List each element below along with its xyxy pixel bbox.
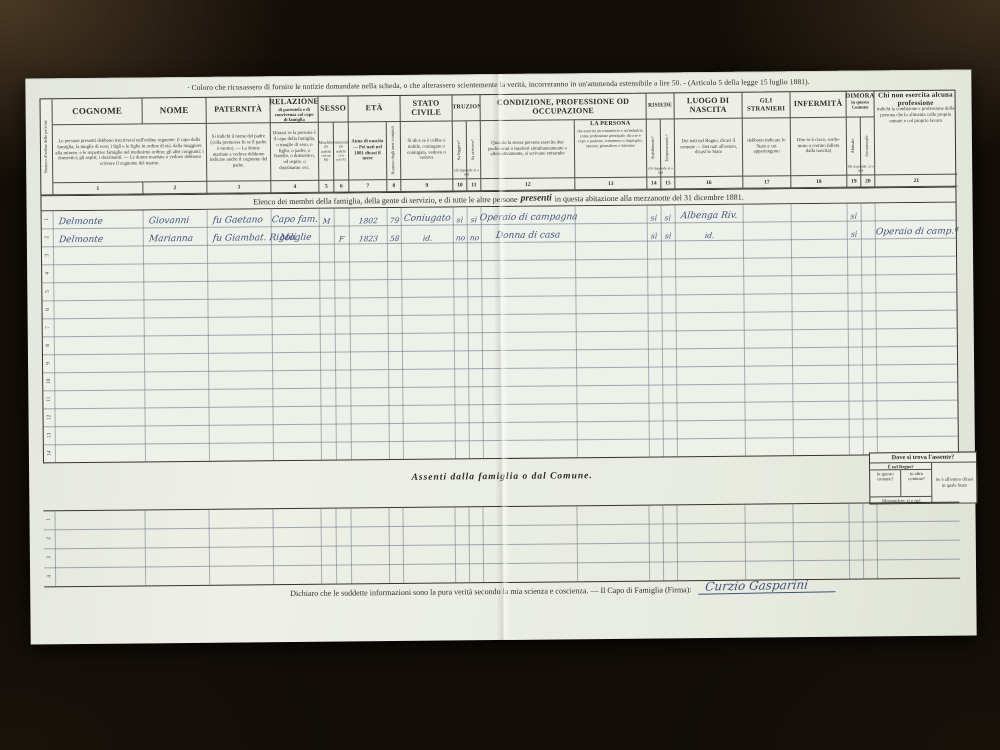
table-cell: 79	[388, 207, 402, 225]
table-cell	[849, 401, 863, 419]
row-number: 4	[44, 567, 56, 586]
main-table: Numero d'ordine delle persone COGNOME NO…	[39, 90, 958, 464]
table-cell	[274, 546, 322, 565]
handwritten-entry: id.	[422, 234, 432, 242]
handwritten-entry: Operaio di campagna	[479, 213, 578, 223]
handwritten-entry: 58	[389, 234, 399, 242]
table-cell	[863, 382, 877, 400]
column-number: 7	[349, 180, 387, 192]
table-cell	[862, 292, 876, 310]
table-cell	[273, 352, 321, 370]
column-number: 20	[861, 175, 875, 187]
table-cell	[455, 350, 469, 368]
table-cell	[55, 389, 145, 408]
table-cell	[677, 366, 745, 385]
table-cell	[648, 276, 662, 294]
table-cell	[650, 561, 664, 580]
table-cell	[878, 418, 960, 437]
table-cell	[849, 329, 863, 347]
row-number: 3	[42, 246, 54, 264]
table-cell	[664, 542, 678, 561]
table-cell	[321, 316, 336, 334]
table-cell	[792, 239, 848, 258]
table-cell	[468, 296, 482, 314]
table-cell	[663, 402, 677, 420]
table-cell	[468, 278, 482, 296]
table-cell	[209, 406, 273, 425]
table-cell	[209, 370, 273, 389]
table-cell: sì	[848, 221, 862, 239]
table-cell	[850, 560, 864, 579]
table-cell	[335, 243, 350, 261]
table-cell	[322, 565, 337, 584]
table-cell	[209, 334, 273, 353]
table-cell	[274, 424, 322, 442]
table-cell	[404, 422, 456, 440]
handwritten-entry: sì	[665, 214, 672, 222]
table-cell	[54, 263, 144, 282]
table-cell	[877, 328, 959, 347]
table-cell	[470, 544, 484, 563]
table-cell	[55, 509, 145, 529]
handwritten-entry: 79	[389, 216, 399, 224]
table-cell	[389, 333, 403, 351]
table-cell	[577, 403, 649, 422]
table-cell	[664, 438, 678, 456]
table-cell	[54, 299, 144, 318]
table-cell	[576, 205, 648, 224]
table-cell	[676, 258, 744, 277]
table-cell	[649, 384, 663, 402]
table-cell	[677, 504, 745, 524]
handwritten-entry: no	[469, 234, 479, 242]
table-cell	[663, 330, 677, 348]
table-cell	[864, 540, 878, 559]
table-cell	[402, 242, 454, 260]
table-cell	[335, 261, 350, 279]
handwritten-entry: no	[455, 234, 465, 242]
table-cell	[336, 387, 351, 405]
table-cell	[351, 351, 389, 369]
table-cell	[454, 296, 468, 314]
table-cell	[389, 351, 403, 369]
table-cell	[56, 547, 146, 567]
row-number: 9	[43, 354, 55, 372]
table-cell	[648, 258, 662, 276]
table-cell	[662, 258, 676, 276]
assenti-section-title: Assenti dalla famiglia o dal Comune.	[29, 467, 975, 486]
estero-label: Se è all'estero dicasi in quale Stato	[933, 462, 977, 502]
table-cell	[321, 334, 336, 352]
table-cell	[209, 316, 273, 335]
table-cell	[469, 350, 483, 368]
table-cell	[403, 506, 455, 525]
table-cell	[145, 335, 209, 354]
table-cell	[862, 220, 876, 238]
condizione-note: Quando la stessa persona esercita due pr…	[481, 120, 576, 179]
handwritten-entry: sì	[471, 216, 478, 224]
table-cell	[403, 314, 455, 332]
handwritten-entry: Operaio di camp.ª	[875, 228, 959, 238]
table-cell	[274, 527, 322, 546]
table-cell	[272, 262, 320, 280]
table-cell	[272, 280, 320, 298]
table-cell	[664, 420, 678, 438]
table-cell	[403, 350, 455, 368]
table-cell	[403, 404, 455, 422]
handwritten-entry: 1802	[358, 217, 378, 225]
table-cell	[273, 406, 321, 424]
column-number: 5	[319, 181, 334, 193]
table-cell	[877, 310, 959, 329]
table-cell	[456, 544, 470, 563]
table-cell	[145, 407, 209, 426]
handwritten-entry: Donna di casa	[496, 231, 561, 241]
table-cell	[337, 423, 352, 441]
table-cell	[792, 257, 848, 276]
table-cell	[336, 369, 351, 387]
table-cell	[577, 385, 649, 404]
table-cell	[483, 385, 577, 404]
table-cell	[793, 401, 849, 420]
row-number: 13	[44, 426, 56, 444]
questo-comune-label: in questo comune?	[870, 470, 901, 496]
infermita-note: Dire se è cieco, sordo-muto o cretino (i…	[791, 118, 848, 177]
table-cell	[144, 281, 208, 300]
table-cell: sì	[662, 222, 676, 240]
table-cell	[455, 368, 469, 386]
table-cell	[793, 383, 849, 402]
table-cell: sì	[648, 222, 662, 240]
table-cell	[351, 387, 389, 405]
table-cell	[663, 366, 677, 384]
table-cell	[351, 333, 389, 351]
table-cell	[650, 420, 664, 438]
col-risiede-title: RISIEDE	[646, 93, 674, 119]
table-cell	[210, 527, 274, 547]
table-cell	[793, 311, 849, 330]
table-cell	[576, 241, 648, 260]
la-persona-note: LA PERSONAche esercita un commercio o un…	[575, 120, 648, 179]
table-cell	[322, 442, 337, 460]
table-cell: fu Giambat. Rigoli	[208, 226, 272, 245]
table-cell	[862, 202, 876, 220]
table-cell: sì	[848, 203, 862, 221]
handwritten-entry: Delmonte	[58, 236, 103, 245]
table-cell	[678, 420, 746, 439]
table-cell	[877, 502, 959, 522]
table-cell	[455, 386, 469, 404]
col-chi-non-esercita: Chi non esercita alcuna professioneindic…	[874, 91, 957, 176]
table-cell	[208, 280, 272, 299]
table-cell	[650, 438, 664, 456]
table-cell	[54, 245, 144, 264]
table-cell	[454, 242, 468, 260]
table-cell	[352, 423, 390, 441]
table-cell	[388, 279, 402, 297]
table-cell	[469, 332, 483, 350]
table-cell	[676, 276, 744, 295]
table-cell	[848, 293, 862, 311]
table-cell	[649, 312, 663, 330]
table-cell	[352, 545, 390, 564]
photo-background: · Coloro che ricusassero di fornire le n…	[0, 0, 1000, 750]
row-number: 14	[44, 444, 56, 462]
table-cell	[454, 260, 468, 278]
table-cell: Albenga Riv.	[676, 204, 744, 223]
table-cell	[322, 527, 337, 546]
table-cell	[482, 295, 576, 314]
row-order-column: Numero d'ordine delle persone	[41, 99, 54, 195]
column-number: 6	[334, 180, 349, 192]
table-cell	[469, 404, 483, 422]
table-cell	[321, 406, 336, 424]
dimora-subcolumns: Abituale Occasionale (Si risponde: sì o …	[847, 117, 876, 175]
table-cell: Coniugato	[402, 206, 454, 224]
table-cell	[484, 439, 578, 458]
table-cell	[456, 525, 470, 544]
table-cell: id.	[402, 224, 454, 242]
table-cell	[350, 279, 388, 297]
table-cell	[877, 364, 959, 383]
table-cell	[455, 314, 469, 332]
table-cell: 58	[388, 225, 402, 243]
risiede-subcolumns: Stabilmente? Temporaneam.? (Si risponde …	[647, 119, 676, 177]
table-cell	[863, 346, 877, 364]
table-cell	[578, 439, 650, 458]
handwritten-entry: F	[339, 235, 345, 243]
table-cell	[676, 240, 744, 259]
relazione-note: Dirassi se la persona è il capo della fa…	[271, 123, 320, 181]
table-cell	[320, 262, 335, 280]
table-cell	[146, 443, 210, 462]
column-number: 19	[847, 176, 861, 188]
row-number: 6	[42, 300, 54, 318]
table-cell	[878, 559, 960, 579]
handwritten-entry: Capo fam.	[271, 216, 318, 225]
column-number: 16	[675, 177, 743, 190]
table-cell	[469, 506, 483, 525]
table-cell	[576, 295, 648, 314]
table-cell	[663, 384, 677, 402]
table-cell	[273, 508, 321, 527]
table-cell	[146, 547, 210, 567]
col-stato-civile-title: STATO CIVILE	[400, 95, 452, 121]
table-cell	[469, 386, 483, 404]
table-cell	[56, 425, 146, 444]
table-cell	[649, 366, 663, 384]
table-cell	[55, 335, 145, 354]
table-cell	[744, 293, 792, 311]
table-cell	[403, 368, 455, 386]
table-cell	[794, 541, 850, 561]
table-cell	[663, 504, 677, 523]
table-cell	[793, 347, 849, 366]
table-cell	[335, 279, 350, 297]
table-cell	[878, 540, 960, 560]
table-cell	[648, 294, 662, 312]
table-cell	[388, 243, 402, 261]
handwritten-entry: sì	[851, 230, 858, 238]
col-luogo-nascita-title: LUOGO DI NASCITA	[674, 93, 742, 120]
table-cell	[745, 311, 793, 329]
column-number: 1	[53, 182, 143, 195]
table-cell	[482, 259, 576, 278]
table-cell	[146, 566, 210, 586]
eta-anno-note: Anno di nascita — Pei nati nel 1881 dica…	[349, 122, 388, 180]
table-cell	[272, 244, 320, 262]
table-cell	[876, 202, 958, 221]
table-cell	[389, 405, 403, 423]
table-cell	[320, 280, 335, 298]
table-cell	[336, 507, 351, 526]
table-cell	[470, 525, 484, 544]
table-cell	[848, 239, 862, 257]
handwritten-entry: Marianna	[148, 235, 193, 244]
table-cell	[863, 400, 877, 418]
table-cell	[210, 442, 274, 461]
table-cell	[744, 239, 792, 257]
table-cell	[390, 564, 404, 583]
table-cell	[746, 522, 794, 541]
table-cell	[320, 226, 335, 244]
table-cell	[335, 297, 350, 315]
table-cell	[663, 312, 677, 330]
table-cell	[456, 422, 470, 440]
table-cell	[792, 203, 848, 222]
table-cell	[402, 260, 454, 278]
table-cell	[577, 505, 649, 525]
table-cell	[352, 526, 390, 545]
table-cell	[350, 261, 388, 279]
table-cell: Delmonte	[54, 227, 144, 246]
table-cell	[578, 524, 650, 544]
table-cell	[55, 371, 145, 390]
table-cell	[794, 522, 850, 542]
table-cell: F	[335, 225, 350, 243]
col-eta-title: ETÀ	[348, 96, 400, 122]
row-number: 1	[42, 210, 54, 228]
table-cell	[578, 543, 650, 563]
col-dimora-title: DIMORAin questo Comune	[846, 91, 874, 117]
table-cell	[678, 542, 746, 562]
table-cell	[864, 521, 878, 540]
table-cell	[273, 334, 321, 352]
table-cell	[390, 526, 404, 545]
handwritten-entry: id.	[704, 231, 714, 239]
table-cell	[337, 441, 352, 459]
row-number: 2	[42, 228, 54, 246]
col-nome-title: NOME	[143, 98, 207, 125]
table-cell	[849, 347, 863, 365]
table-cell	[321, 508, 336, 527]
table-cell	[54, 281, 144, 300]
table-cell	[878, 521, 960, 541]
table-cell: no	[454, 224, 468, 242]
table-cell	[876, 238, 958, 257]
table-cell	[678, 523, 746, 543]
table-cell	[388, 261, 402, 279]
table-cell	[850, 522, 864, 541]
table-cell	[470, 563, 484, 582]
table-cell	[337, 545, 352, 564]
table-cell	[792, 221, 848, 240]
col-condizione-title: CONDIZIONE, PROFESSIONE OD OCCUPAZIONE	[480, 94, 646, 122]
table-cell	[404, 525, 456, 544]
table-cell	[649, 330, 663, 348]
istruzione-subcolumns: Sa leggere? Sa scrivere? (Si risponde sì…	[453, 121, 482, 179]
table-cell	[677, 312, 745, 331]
table-cell	[402, 278, 454, 296]
table-cell	[576, 223, 648, 242]
table-cell	[792, 275, 848, 294]
handwritten-entry: sì	[457, 216, 464, 224]
table-cell	[403, 386, 455, 404]
table-cell	[484, 524, 578, 544]
handwritten-entry: sì	[851, 212, 858, 220]
table-cell	[56, 443, 146, 462]
table-cell	[404, 440, 456, 458]
table-cell: sì	[454, 206, 468, 224]
table-cell	[863, 328, 877, 346]
table-cell	[576, 277, 648, 296]
table-cell	[664, 523, 678, 542]
table-cell	[849, 383, 863, 401]
column-number: 3	[207, 181, 271, 194]
table-cell	[664, 561, 678, 580]
table-cell: fu Gaetano	[208, 208, 272, 227]
table-cell	[389, 369, 403, 387]
table-cell	[677, 330, 745, 349]
row-number: 12	[43, 408, 55, 426]
stato-civile-note: Si dica se è celibe o nubile, coniugato …	[401, 121, 454, 179]
table-cell	[483, 403, 577, 422]
table-cell	[745, 329, 793, 347]
table-cell	[455, 506, 469, 525]
table-cell	[56, 566, 146, 586]
table-cell	[745, 365, 793, 383]
table-cell	[849, 503, 863, 522]
table-cell	[208, 262, 272, 281]
table-cell	[746, 419, 794, 437]
table-cell	[210, 565, 274, 585]
table-cell	[337, 564, 352, 583]
table-cell	[390, 545, 404, 564]
table-cell	[468, 242, 482, 260]
table-cell	[793, 329, 849, 348]
table-cell	[848, 257, 862, 275]
row-number: 3	[44, 548, 56, 567]
table-cell	[208, 244, 272, 263]
table-cell	[677, 348, 745, 367]
row-number: 10	[43, 372, 55, 390]
table-cell	[403, 332, 455, 350]
table-cell	[483, 367, 577, 386]
table-cell	[744, 203, 792, 221]
altro-comune-label: in altro comune?	[901, 470, 931, 496]
column-number: 17	[743, 176, 791, 188]
table-cell	[577, 367, 649, 386]
table-cell	[55, 353, 145, 372]
table-cell	[578, 421, 650, 440]
table-cell: 1802	[350, 207, 388, 225]
table-cell	[794, 419, 850, 438]
table-cell	[848, 275, 862, 293]
handwritten-entry: 1823	[358, 235, 378, 243]
table-cell	[274, 442, 322, 460]
table-cell	[483, 331, 577, 350]
table-cell	[404, 563, 456, 582]
